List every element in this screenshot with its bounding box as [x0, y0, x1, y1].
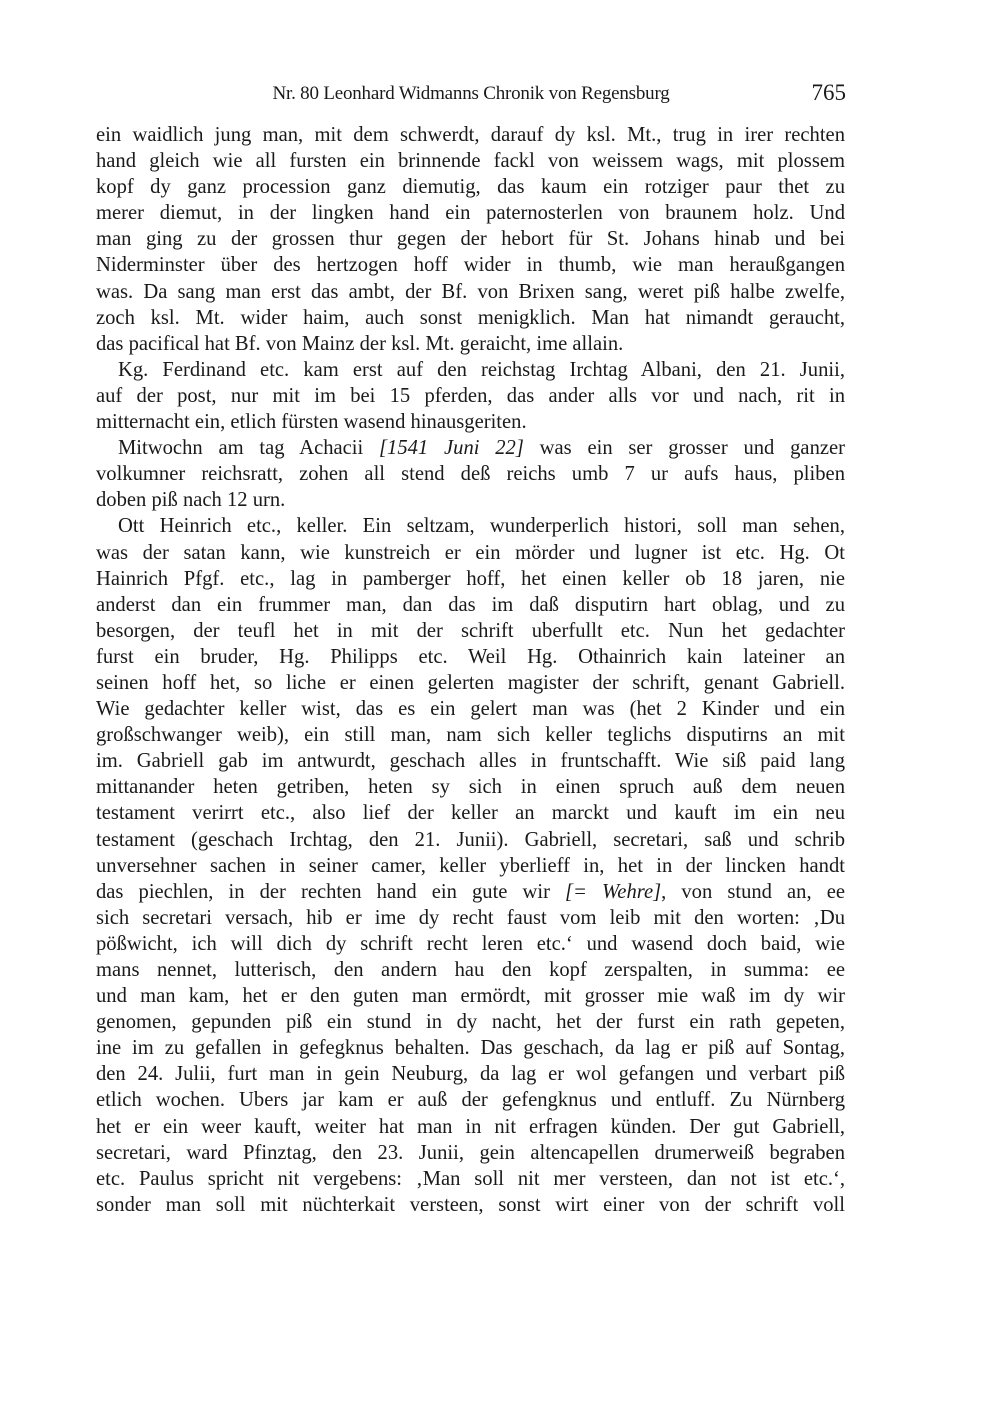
text-line: mittanander heten getriben, heten sy sic… [96, 774, 845, 800]
text-line: doben piß nach 12 urn. [96, 487, 845, 513]
text-line: zoch ksl. Mt. wider haim, auch sonst men… [96, 305, 845, 331]
page-number: 765 [812, 80, 847, 106]
text-segment: , von stund an, ee [661, 881, 845, 903]
text-line: im. Gabriell gab im antwurdt, geschach a… [96, 748, 845, 774]
text-line: Kg. Ferdinand etc. kam erst auf den reic… [96, 357, 845, 383]
paragraph: Ott Heinrich etc., keller. Ein seltzam, … [96, 513, 845, 1218]
text-line: man ging zu der grossen thur gegen der h… [96, 226, 845, 252]
text-line: ein waidlich jung man, mit dem schwerdt,… [96, 122, 845, 148]
editorial-gloss-note: [= Wehre] [565, 881, 661, 903]
text-line: hand gleich wie all fursten ein brinnend… [96, 148, 845, 174]
text-line: etc. Paulus spricht nit vergebens: ‚Man … [96, 1166, 845, 1192]
text-line: merer diemut, in der lingken hand ein pa… [96, 200, 845, 226]
text-line: was der satan kann, wie kunstreich er ei… [96, 540, 845, 566]
text-line: kopf dy ganz procession ganz diemutig, d… [96, 174, 845, 200]
text-line: großschwanger weib), ein still man, nam … [96, 722, 845, 748]
text-line: furst ein bruder, Hg. Philipps etc. Weil… [96, 644, 845, 670]
text-line: seinen hoff het, so liche er einen geler… [96, 670, 845, 696]
text-line: het er ein weer kauft, weiter hat man in… [96, 1114, 845, 1140]
text-line: testament (geschach Irchtag, den 21. Jun… [96, 827, 845, 853]
text-line: etlich wochen. Ubers jar kam er auß der … [96, 1087, 845, 1113]
text-line: ine im zu gefallen in gefegknus behalten… [96, 1035, 845, 1061]
running-title: Nr. 80 Leonhard Widmanns Chronik von Reg… [96, 83, 846, 105]
text-segment: das piechlen, in der rechten hand ein gu… [96, 881, 565, 903]
text-line: das piechlen, in der rechten hand ein gu… [96, 879, 845, 905]
body-text: ein waidlich jung man, mit dem schwerdt,… [96, 122, 845, 1218]
text-line: und man kam, het er den guten man ermörd… [96, 983, 845, 1009]
text-line: genomen, gepunden piß ein stund in dy na… [96, 1009, 845, 1035]
text-line: pößwicht, ich will dich dy schrift recht… [96, 931, 845, 957]
text-line: den 24. Julii, furt man in gein Neuburg,… [96, 1061, 845, 1087]
text-line: volkumner reichsratt, zohen all stend de… [96, 461, 845, 487]
text-line: Hainrich Pfgf. etc., lag in pamberger ho… [96, 566, 845, 592]
text-line: Niderminster über des hertzogen hoff wid… [96, 252, 845, 278]
paragraph: ein waidlich jung man, mit dem schwerdt,… [96, 122, 845, 357]
text-line: besorgen, der teufl het in mit der schri… [96, 618, 845, 644]
paragraph: Kg. Ferdinand etc. kam erst auf den reic… [96, 357, 845, 435]
text-line: Mitwochn am tag Achacii [1541 Juni 22] w… [96, 435, 845, 461]
text-line: testament verirrt etc., also lief der ke… [96, 800, 845, 826]
text-line: anderst dan ein frummer man, dan das im … [96, 592, 845, 618]
document-page: Nr. 80 Leonhard Widmanns Chronik von Reg… [0, 0, 1004, 1418]
text-line: sich secretari versach, hib er ime dy re… [96, 905, 845, 931]
text-line: sonder man soll mit nüchterkait versteen… [96, 1192, 845, 1218]
text-line: mitternacht ein, etlich fürsten wasend h… [96, 409, 845, 435]
text-line: unversehner sachen in seiner camer, kell… [96, 853, 845, 879]
text-line: secretari, ward Pfinztag, den 23. Junii,… [96, 1140, 845, 1166]
paragraph: Mitwochn am tag Achacii [1541 Juni 22] w… [96, 435, 845, 513]
text-line: was. Da sang man erst das ambt, der Bf. … [96, 279, 845, 305]
editorial-date-note: [1541 Juni 22] [379, 437, 524, 459]
text-segment: was ein ser grosser und ganzer [524, 437, 845, 459]
text-segment: Mitwochn am tag Achacii [118, 437, 379, 459]
running-header: Nr. 80 Leonhard Widmanns Chronik von Reg… [96, 80, 846, 110]
text-line: das pacifical hat Bf. von Mainz der ksl.… [96, 331, 845, 357]
text-line: Ott Heinrich etc., keller. Ein seltzam, … [96, 513, 845, 539]
text-line: mans nennet, lutterisch, den andern hau … [96, 957, 845, 983]
text-line: auf der post, nur mit im bei 15 pferden,… [96, 383, 845, 409]
text-line: Wie gedachter keller wist, das es ein ge… [96, 696, 845, 722]
